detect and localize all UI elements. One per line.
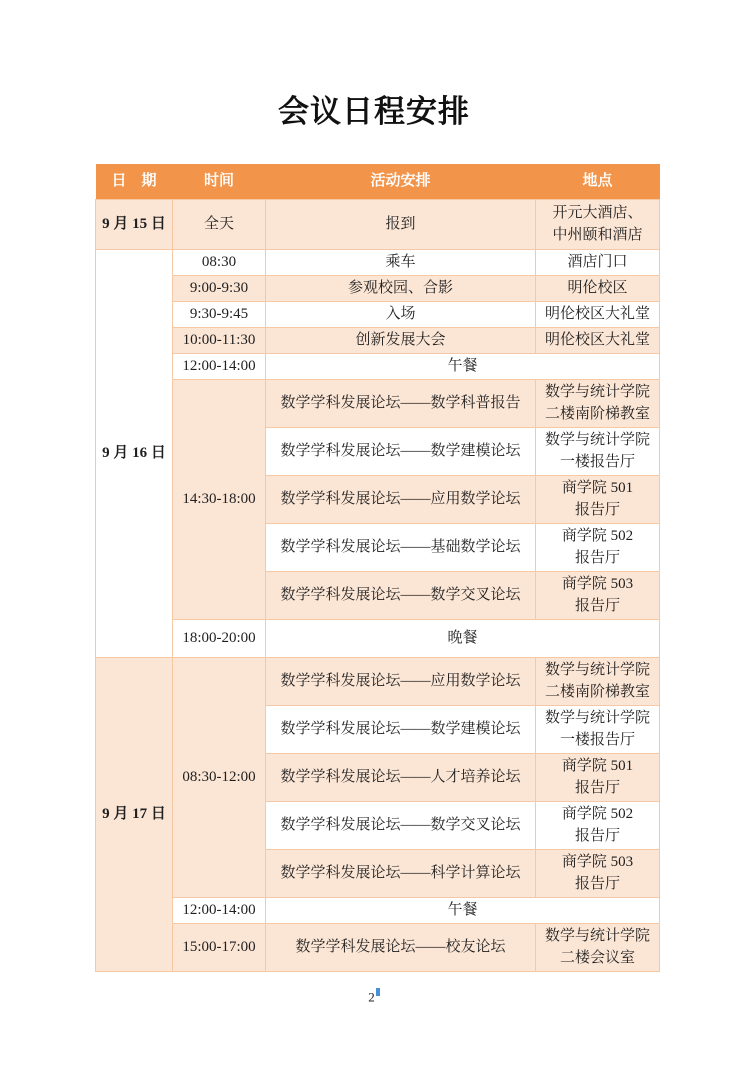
table-row: 9:30-9:45 入场 明伦校区大礼堂 — [96, 301, 660, 327]
table-row: 9:00-9:30 参观校园、合影 明伦校区 — [96, 275, 660, 301]
date-cell: 9 月 16 日 — [96, 249, 173, 657]
table-row: 12:00-14:00 午餐 — [96, 897, 660, 923]
location-cell: 商学院 502 报告厅 — [536, 801, 660, 849]
table-row: 12:00-14:00 午餐 — [96, 353, 660, 379]
table-row: 10:00-11:30 创新发展大会 明伦校区大礼堂 — [96, 327, 660, 353]
activity-cell: 数学学科发展论坛——科学计算论坛 — [266, 849, 536, 897]
location-cell: 数学与统计学院 二楼南阶梯教室 — [536, 657, 660, 705]
activity-cell: 数学学科发展论坛——数学交叉论坛 — [266, 571, 536, 619]
activity-cell: 晚餐 — [266, 619, 660, 657]
activity-cell: 数学学科发展论坛——数学交叉论坛 — [266, 801, 536, 849]
header-cell-time: 时间 — [173, 164, 266, 199]
schedule-table: 日 期 时间 活动安排 地点 9 月 15 日 全天 报到 开元大酒店、 中州颐… — [95, 164, 660, 972]
location-cell: 数学与统计学院 一楼报告厅 — [536, 427, 660, 475]
location-cell: 商学院 501 报告厅 — [536, 753, 660, 801]
activity-cell: 创新发展大会 — [266, 327, 536, 353]
location-cell: 明伦校区 — [536, 275, 660, 301]
activity-cell: 参观校园、合影 — [266, 275, 536, 301]
activity-cell: 乘车 — [266, 249, 536, 275]
time-cell: 15:00-17:00 — [173, 923, 266, 971]
activity-cell: 数学学科发展论坛——应用数学论坛 — [266, 475, 536, 523]
time-cell: 08:30 — [173, 249, 266, 275]
location-cell: 商学院 503 报告厅 — [536, 571, 660, 619]
page-footer: 2 — [0, 988, 748, 1005]
table-row: 9 月 15 日 全天 报到 开元大酒店、 中州颐和酒店 — [96, 199, 660, 249]
header-cell-activity: 活动安排 — [266, 164, 536, 199]
page-title: 会议日程安排 — [0, 86, 748, 131]
location-cell: 明伦校区大礼堂 — [536, 327, 660, 353]
table-row: 18:00-20:00 晚餐 — [96, 619, 660, 657]
time-cell: 12:00-14:00 — [173, 897, 266, 923]
activity-cell: 数学学科发展论坛——人才培养论坛 — [266, 753, 536, 801]
activity-cell: 入场 — [266, 301, 536, 327]
activity-cell: 午餐 — [266, 897, 660, 923]
date-cell: 9 月 15 日 — [96, 199, 173, 249]
table-row: 9 月 16 日 08:30 乘车 酒店门口 — [96, 249, 660, 275]
activity-cell: 数学学科发展论坛——校友论坛 — [266, 923, 536, 971]
time-cell: 12:00-14:00 — [173, 353, 266, 379]
time-cell: 18:00-20:00 — [173, 619, 266, 657]
activity-cell: 数学学科发展论坛——数学建模论坛 — [266, 705, 536, 753]
header-cell-date: 日 期 — [96, 164, 173, 199]
location-cell: 商学院 502 报告厅 — [536, 523, 660, 571]
table-row: 15:00-17:00 数学学科发展论坛——校友论坛 数学与统计学院 二楼会议室 — [96, 923, 660, 971]
time-cell: 9:00-9:30 — [173, 275, 266, 301]
activity-cell: 数学学科发展论坛——数学科普报告 — [266, 379, 536, 427]
activity-cell: 午餐 — [266, 353, 660, 379]
location-cell: 商学院 501 报告厅 — [536, 475, 660, 523]
location-cell: 开元大酒店、 中州颐和酒店 — [536, 199, 660, 249]
time-cell: 14:30-18:00 — [173, 379, 266, 619]
document-page: 会议日程安排 日 期 时间 活动安排 地点 9 月 15 日 全天 报到 开元大… — [0, 0, 748, 1070]
activity-cell: 数学学科发展论坛——数学建模论坛 — [266, 427, 536, 475]
activity-cell: 数学学科发展论坛——应用数学论坛 — [266, 657, 536, 705]
page-number: 2 — [368, 989, 375, 1004]
time-cell: 10:00-11:30 — [173, 327, 266, 353]
cursor-artifact — [376, 988, 380, 996]
location-cell: 数学与统计学院 一楼报告厅 — [536, 705, 660, 753]
header-cell-location: 地点 — [536, 164, 660, 199]
time-cell: 08:30-12:00 — [173, 657, 266, 897]
location-cell: 商学院 503 报告厅 — [536, 849, 660, 897]
table-header-row: 日 期 时间 活动安排 地点 — [96, 164, 660, 199]
location-cell: 明伦校区大礼堂 — [536, 301, 660, 327]
time-cell: 9:30-9:45 — [173, 301, 266, 327]
location-cell: 数学与统计学院 二楼会议室 — [536, 923, 660, 971]
table-row: 9 月 17 日 08:30-12:00 数学学科发展论坛——应用数学论坛 数学… — [96, 657, 660, 705]
activity-cell: 报到 — [266, 199, 536, 249]
location-cell: 数学与统计学院 二楼南阶梯教室 — [536, 379, 660, 427]
location-cell: 酒店门口 — [536, 249, 660, 275]
activity-cell: 数学学科发展论坛——基础数学论坛 — [266, 523, 536, 571]
time-cell: 全天 — [173, 199, 266, 249]
table-row: 14:30-18:00 数学学科发展论坛——数学科普报告 数学与统计学院 二楼南… — [96, 379, 660, 427]
date-cell: 9 月 17 日 — [96, 657, 173, 971]
